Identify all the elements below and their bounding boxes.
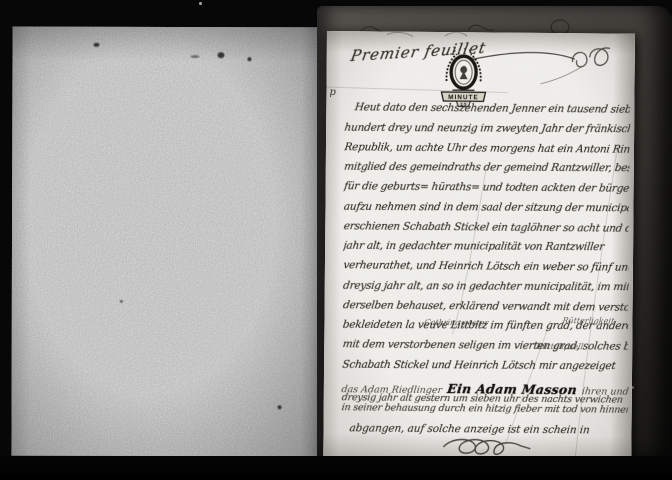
handwritten-paragraph: Heut dato den sechszehenden Jenner ein t…: [342, 101, 629, 380]
overwritten-correction: Ein Adam Masson: [446, 381, 578, 397]
line-segment: ihren und: [581, 386, 629, 397]
ink-speck: [247, 57, 251, 61]
interlinear-note: Rüttglipsell: [536, 342, 584, 351]
ink-speck: [217, 52, 224, 58]
seated-figure: [460, 66, 468, 79]
interlinear-note: Cathrina gester: [424, 318, 489, 328]
handwritten-line-with-correction: das Adam RiedlingerEin Adam Massonihren …: [341, 380, 629, 394]
handwritten-line: verheurathet, und Heinrich Lötsch ein we…: [342, 259, 630, 281]
interlinear-note: Rütterligkeit: [562, 316, 615, 325]
handwritten-line: hundert drey und neunzig im zweyten Jahr…: [343, 121, 631, 142]
handwritten-line: mit dem verstorbenen seligen im vierten …: [341, 338, 629, 360]
ink-speck: [120, 300, 123, 303]
line-segment: das Adam Riedlinger: [341, 384, 443, 396]
handwritten-cramped-block: das Adam RiedlingerEin Adam Massonihren …: [342, 380, 628, 414]
ink-speck: [278, 405, 282, 409]
handwritten-line: mitglied des gemeindraths der gemeind Ra…: [342, 161, 630, 182]
ink-speck: [94, 43, 100, 47]
film-dust-speck: [199, 2, 202, 5]
handwritten-line: erschienen Schabath Stickel ein taglöhne…: [342, 220, 630, 242]
closing-handwritten-line: abgangen, auf solche anzeige ist ein sch…: [349, 422, 591, 436]
handwritten-line: Heut dato den sechszehenden Jenner ein t…: [343, 101, 631, 123]
cover-vignette: [11, 27, 319, 457]
stamp-banner-text: MINUTE: [448, 94, 479, 101]
ink-speck: [190, 55, 199, 58]
handwritten-line: für die geburts= hüraths= und todten ack…: [342, 180, 630, 202]
handwritten-line: Republik, um achte Uhr des morgens hat e…: [343, 141, 631, 163]
handwritten-line: Schabath Stickel und Heinrich Lötsch mir…: [341, 358, 629, 379]
handwritten-line: aufzu nehmen sind in dem saal der sitzun…: [342, 200, 630, 221]
film-border-bottom: [0, 456, 672, 480]
left-cover-page: [11, 27, 319, 457]
manuscript-page: MINUTE 2.S Premier feuillet p Heut dato …: [323, 31, 635, 462]
microfilm-scan: MINUTE 2.S Premier feuillet p Heut dato …: [0, 0, 672, 480]
margin-mark: p: [329, 87, 336, 98]
handwritten-line: dreysig jahr alt, an so in gedachter mun…: [341, 279, 629, 300]
handwritten-line: jahr alt, in gedachter municipalität von…: [342, 240, 630, 261]
